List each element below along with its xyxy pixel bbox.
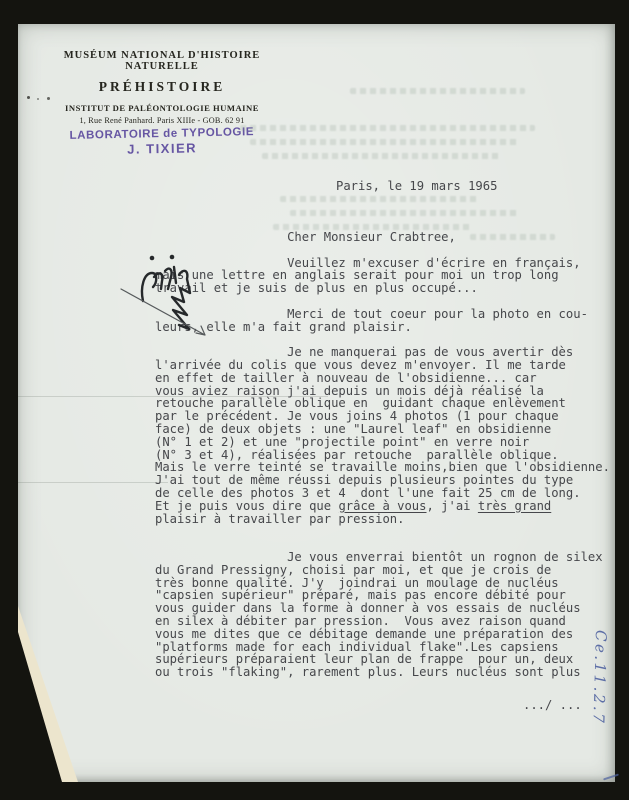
letter-line: travail et je suis de plus en plus occup… bbox=[155, 282, 610, 295]
letterhead-address: 1, Rue René Panhard. Paris XIIIe - GOB. … bbox=[40, 116, 284, 125]
handwritten-scribble bbox=[113, 249, 223, 354]
bleedthrough-text bbox=[350, 88, 525, 94]
bleedthrough-text bbox=[280, 196, 480, 202]
letter-line: Je vous enverrai bientôt un rognon de si… bbox=[155, 551, 610, 564]
date-line: Paris, le 19 mars 1965 bbox=[336, 179, 497, 193]
letter-line: en effet de tailler à nouveau de l'obsid… bbox=[155, 372, 610, 385]
letterhead-department: PRÉHISTOIRE bbox=[40, 79, 284, 95]
letter-line bbox=[155, 525, 610, 538]
letter-line: ou trois "flaking", rarement plus. Leurs… bbox=[155, 666, 610, 679]
letter-line bbox=[155, 538, 610, 551]
letter-line bbox=[155, 244, 610, 257]
letterhead-institution: MUSÉUM NATIONAL D'HISTOIRE NATURELLE bbox=[40, 50, 284, 72]
bleedthrough-text bbox=[262, 153, 502, 159]
continuation-mark: .../ ... bbox=[523, 698, 582, 712]
letter-line: Et je puis vous dire que grâce à vous, j… bbox=[155, 500, 610, 513]
bleedthrough-text bbox=[290, 210, 520, 216]
letter-paper: MUSÉUM NATIONAL D'HISTOIRE NATURELLE PRÉ… bbox=[18, 24, 615, 782]
margin-ink-speck bbox=[37, 98, 39, 100]
margin-ink-speck bbox=[47, 97, 50, 100]
letter-line: Cher Monsieur Crabtree, bbox=[155, 231, 610, 244]
letter-line: plaisir à travailler par pression. bbox=[155, 513, 610, 526]
letterhead: MUSÉUM NATIONAL D'HISTOIRE NATURELLE PRÉ… bbox=[40, 50, 284, 156]
letter-line: leurs, elle m'a fait grand plaisir. bbox=[155, 321, 610, 334]
letter-line bbox=[155, 295, 610, 308]
letter-line: vous guider dans la forme à donner à vos… bbox=[155, 602, 610, 615]
letter-line: (N° 1 et 2) et une "projectile point" en… bbox=[155, 436, 610, 449]
archival-margin-note: Ce.11.2.7 bbox=[588, 630, 610, 780]
letter-body: Cher Monsieur Crabtree, Veuillez m'excus… bbox=[155, 231, 610, 679]
letter-line: vous me dites que ce débitage demande un… bbox=[155, 628, 610, 641]
margin-ink-speck bbox=[27, 96, 30, 99]
letterhead-institute: INSTITUT DE PALÉONTOLOGIE HUMAINE bbox=[40, 103, 284, 113]
paper-crease bbox=[18, 482, 168, 483]
letter-line: l'arrivée du colis que vous devez m'envo… bbox=[155, 359, 610, 372]
scanned-letter-page: { "scan": { "background_color": "#14140f… bbox=[0, 0, 629, 800]
letter-line: en silex à débiter par pression. Vous av… bbox=[155, 615, 610, 628]
letter-line: Merci de tout coeur pour la photo en cou… bbox=[155, 308, 610, 321]
letter-line: du Grand Pressigny, choisi par moi, et q… bbox=[155, 564, 610, 577]
bleedthrough-text bbox=[240, 125, 535, 131]
bleedthrough-text bbox=[250, 139, 520, 145]
letter-line: face) de deux objets : une "Laurel leaf"… bbox=[155, 423, 610, 436]
